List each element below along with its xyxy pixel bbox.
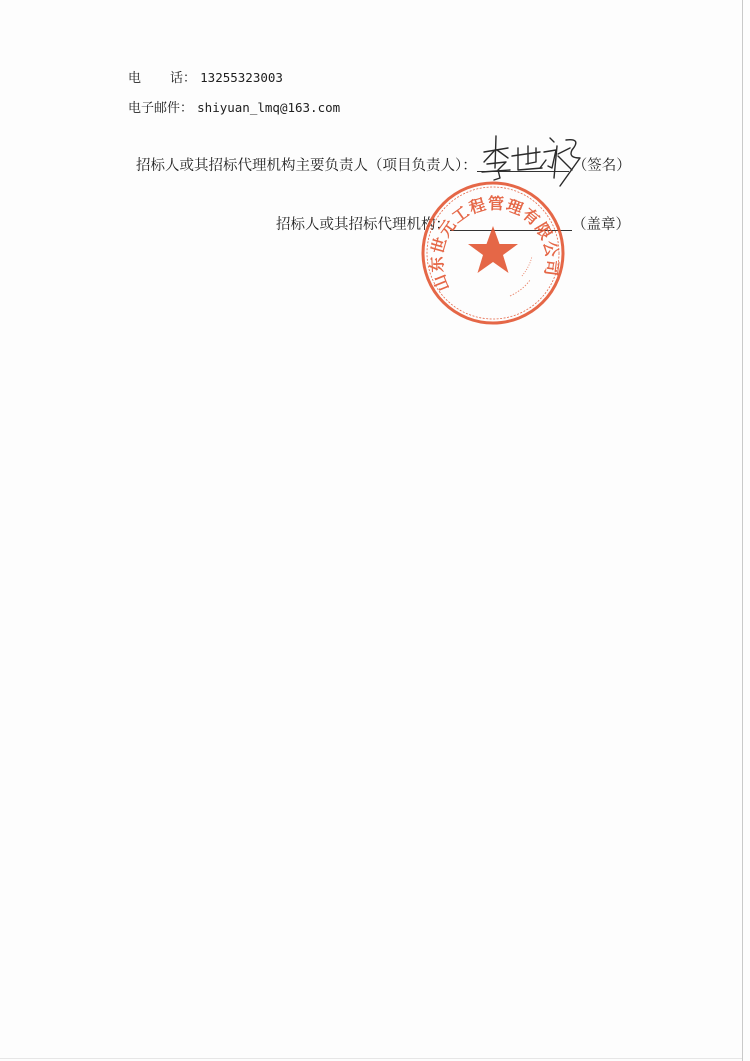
email-label: 电子邮件： xyxy=(128,101,193,116)
phone-label-char1: 电 xyxy=(128,67,142,86)
phone-label-char2: 话： xyxy=(170,71,196,86)
company-seal-stamp: 山东世元工程管理有限公司 xyxy=(418,178,568,328)
signature-label: 招标人或其招标代理机构主要负责人（项目负责人）： xyxy=(136,158,477,174)
email-value: shiyuan_lmq@163.com xyxy=(197,100,340,115)
phone-value: 13255323003 xyxy=(200,70,283,85)
seal-suffix: （盖章） xyxy=(572,217,630,233)
scan-edge-bottom xyxy=(0,1058,742,1059)
email-line: 电子邮件： shiyuan_lmq@163.com xyxy=(128,97,340,116)
scan-edge-right xyxy=(742,0,743,1061)
phone-line: 电话： 13255323003 xyxy=(128,67,283,86)
